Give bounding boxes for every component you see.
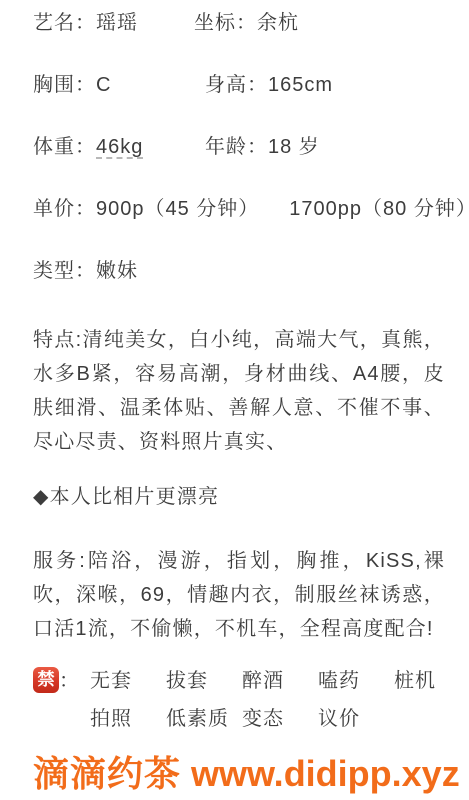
forbidden-item: 无套 bbox=[90, 662, 166, 700]
forbidden-item: 嗑药 bbox=[318, 662, 394, 700]
forbidden-item: 桩机 bbox=[394, 662, 469, 700]
row-price: 单价： 900p（45 分钟） 1700pp（80 分钟） bbox=[33, 199, 445, 220]
services-paragraph: 服务:陪浴，漫游，指划，胸推，KiSS,裸吹，深喉，69，情趣内衣，制服丝袜诱惑… bbox=[33, 544, 445, 646]
weight-field: 体重：46kg bbox=[33, 137, 205, 158]
row-type: 类型： 嫩妹 bbox=[33, 261, 445, 282]
prohibited-icon: 禁 bbox=[33, 667, 59, 693]
height-label: 身高： bbox=[205, 74, 268, 96]
watermark-footer: 滴滴约茶www.didipp.xyz bbox=[33, 746, 445, 797]
forbidden-item: 拔套 bbox=[166, 662, 242, 700]
height-value: 165cm bbox=[268, 74, 333, 96]
price-label: 单价： bbox=[33, 199, 96, 220]
weight-label: 体重： bbox=[33, 136, 96, 158]
location-value: 余杭 bbox=[257, 12, 299, 34]
features-paragraph: 特点:清纯美女，白小纯，高端大气，真熊，水多B紧，容易高潮，身材曲线、A4腰，皮… bbox=[33, 323, 445, 459]
type-label: 类型： bbox=[33, 261, 96, 282]
row-cup-height: 胸围：C 身高：165cm bbox=[33, 75, 445, 96]
row-name-location: 艺名：瑶瑶 坐标：余杭 bbox=[33, 13, 445, 34]
cup-field: 胸围：C bbox=[33, 75, 205, 96]
watermark-brand: 滴滴约茶 bbox=[33, 753, 181, 794]
highlight-line: ◆本人比相片更漂亮 bbox=[33, 486, 445, 508]
forbidden-item: 议价 bbox=[318, 700, 394, 738]
forbidden-item: 拍照 bbox=[90, 700, 166, 738]
stage-name-field: 艺名：瑶瑶 bbox=[33, 13, 194, 34]
forbidden-section: 禁 ： 无套 拔套 醉酒 嗑药 桩机 拍照 低素质 变态 议价 bbox=[33, 662, 445, 738]
forbidden-items-grid: 无套 拔套 醉酒 嗑药 桩机 拍照 低素质 变态 议价 bbox=[90, 662, 469, 738]
profile-card: 艺名：瑶瑶 坐标：余杭 胸围：C 身高：165cm 体重：46kg 年龄：18 … bbox=[0, 0, 469, 800]
forbidden-colon: ： bbox=[59, 662, 80, 700]
cup-label: 胸围： bbox=[33, 74, 96, 96]
cup-value: C bbox=[96, 74, 111, 96]
forbidden-item: 醉酒 bbox=[242, 662, 318, 700]
location-label: 坐标： bbox=[194, 12, 257, 34]
height-field: 身高：165cm bbox=[205, 75, 333, 96]
price-value-2: 1700pp（80 分钟） bbox=[289, 199, 469, 220]
stage-name-label: 艺名： bbox=[33, 12, 96, 34]
age-value: 18 岁 bbox=[268, 136, 320, 158]
forbidden-item: 变态 bbox=[242, 700, 318, 738]
location-field: 坐标：余杭 bbox=[194, 13, 299, 34]
stage-name-value: 瑶瑶 bbox=[96, 12, 138, 34]
age-field: 年龄：18 岁 bbox=[205, 137, 320, 158]
price-value-1: 900p（45 分钟） bbox=[96, 199, 259, 220]
weight-value: 46kg bbox=[96, 136, 143, 158]
row-weight-age: 体重：46kg 年龄：18 岁 bbox=[33, 137, 445, 158]
watermark-url: www.didipp.xyz bbox=[191, 753, 460, 794]
age-label: 年龄： bbox=[205, 136, 268, 158]
forbidden-item: 低素质 bbox=[166, 700, 242, 738]
type-value: 嫩妹 bbox=[96, 261, 138, 282]
